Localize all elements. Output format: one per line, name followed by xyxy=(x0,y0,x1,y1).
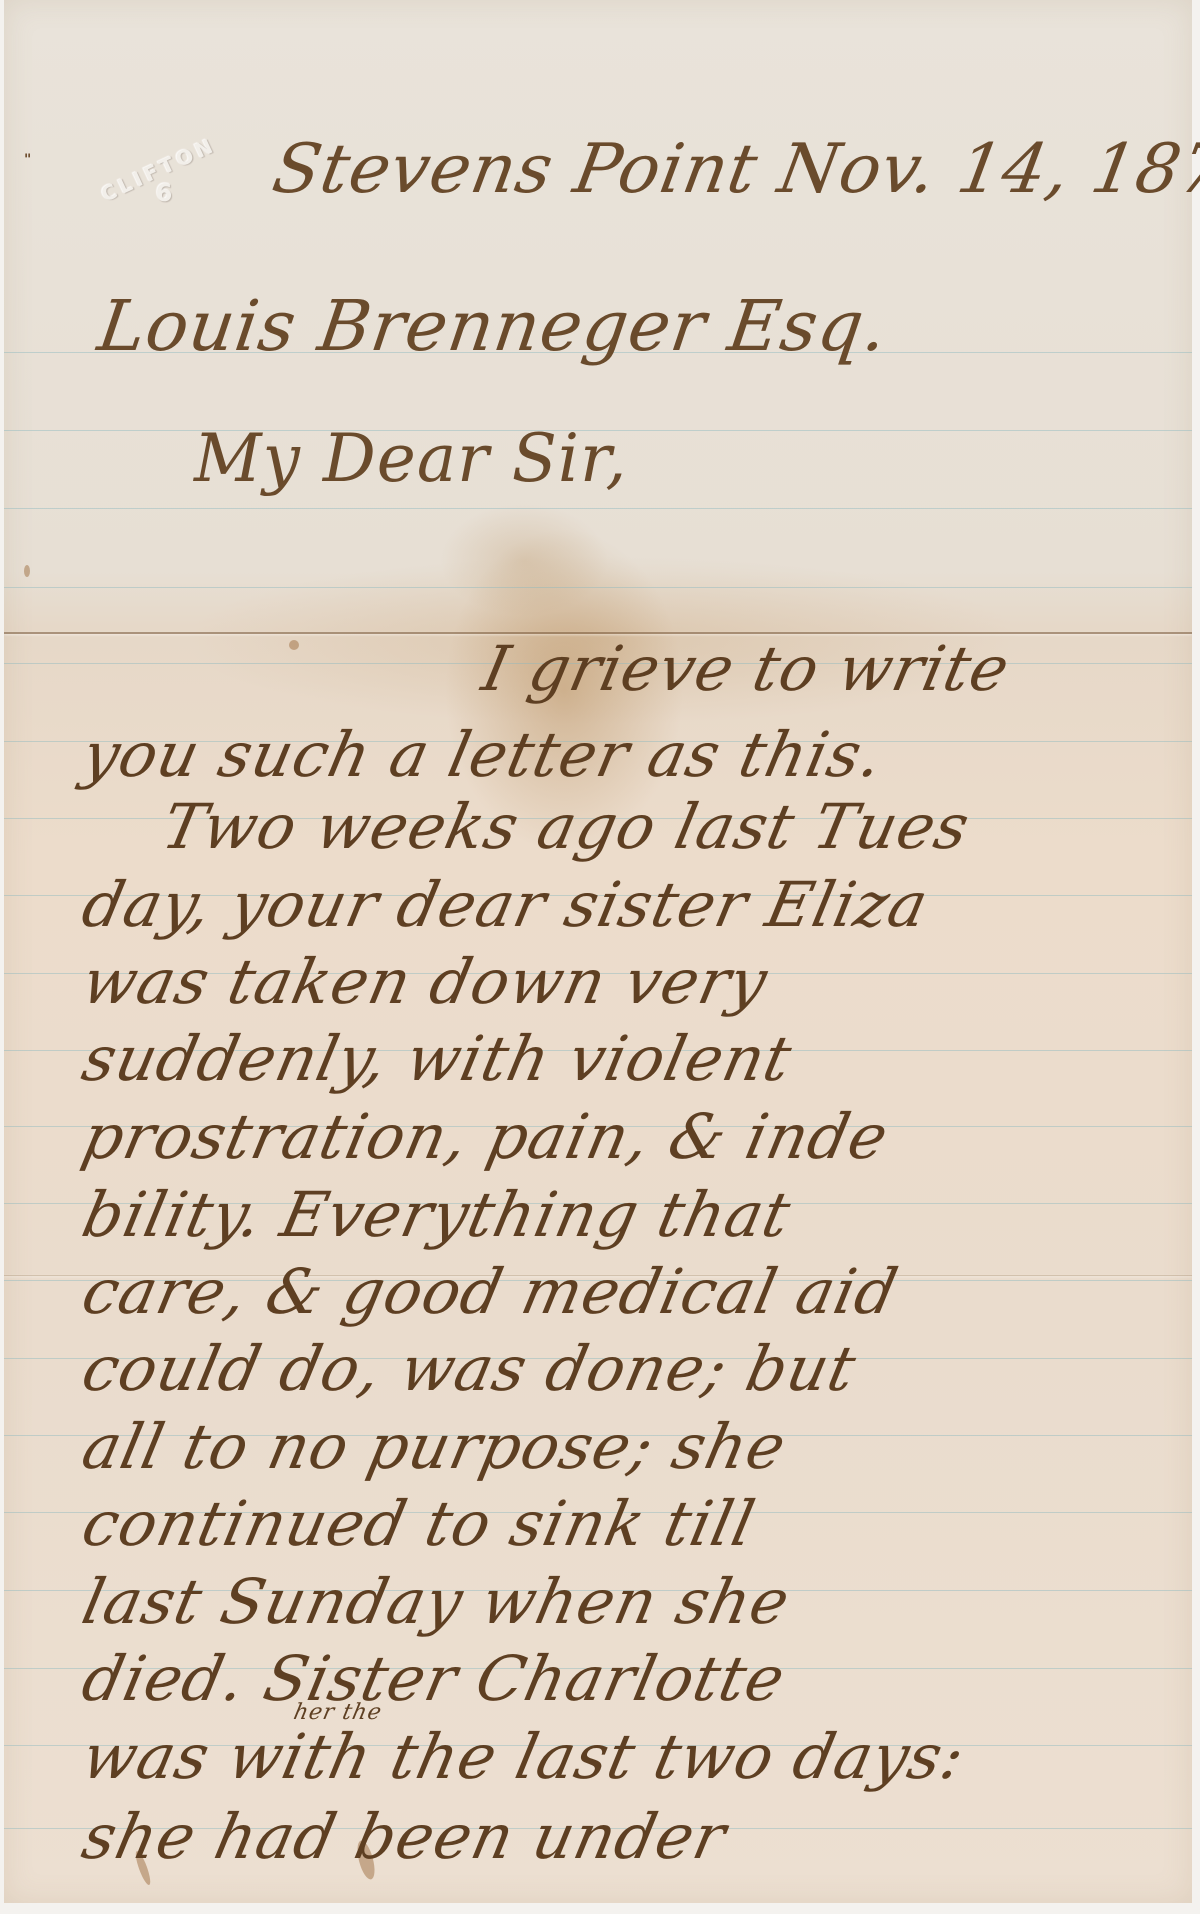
body-line: bility. Everything that xyxy=(76,1178,797,1251)
body-line: all to no purpose; she xyxy=(76,1410,793,1483)
ruled-line xyxy=(4,587,1192,588)
place-date-line: Stevens Point Nov. 14, 1872 xyxy=(267,130,1200,209)
salutation: My Dear Sir, xyxy=(194,420,627,497)
body-line: she had been under xyxy=(76,1800,733,1873)
letter-page: " CLIFTON 6 Stevens Point Nov. 14, 1872 … xyxy=(4,0,1192,1903)
interlinear-insertion: her the xyxy=(291,1700,384,1725)
body-line: continued to sink till xyxy=(76,1487,761,1560)
body-line: died. Sister Charlotte xyxy=(76,1642,792,1715)
body-line: day, your dear sister Eliza xyxy=(76,868,935,941)
body-line: could do, was done; but xyxy=(76,1332,862,1405)
body-line: I grieve to write xyxy=(476,632,1016,705)
addressee: Louis Brenneger Esq. xyxy=(93,285,893,367)
margin-mark: " xyxy=(24,152,31,168)
body-line: you such a letter as this. xyxy=(76,718,889,791)
ink-stain xyxy=(24,565,30,577)
body-line: suddenly, with violent xyxy=(76,1022,798,1095)
ruled-line xyxy=(4,508,1192,509)
embossed-stamp: CLIFTON 6 xyxy=(89,155,239,255)
body-line: last Sunday when she xyxy=(76,1565,796,1638)
body-line: was with the last two days: xyxy=(76,1720,971,1793)
body-line: Two weeks ago last Tues xyxy=(156,790,976,863)
body-line: was taken down very xyxy=(76,945,774,1018)
body-line: prostration, pain, & inde xyxy=(76,1100,895,1173)
ink-stain xyxy=(289,640,299,650)
body-line: care, & good medical aid xyxy=(76,1255,904,1328)
